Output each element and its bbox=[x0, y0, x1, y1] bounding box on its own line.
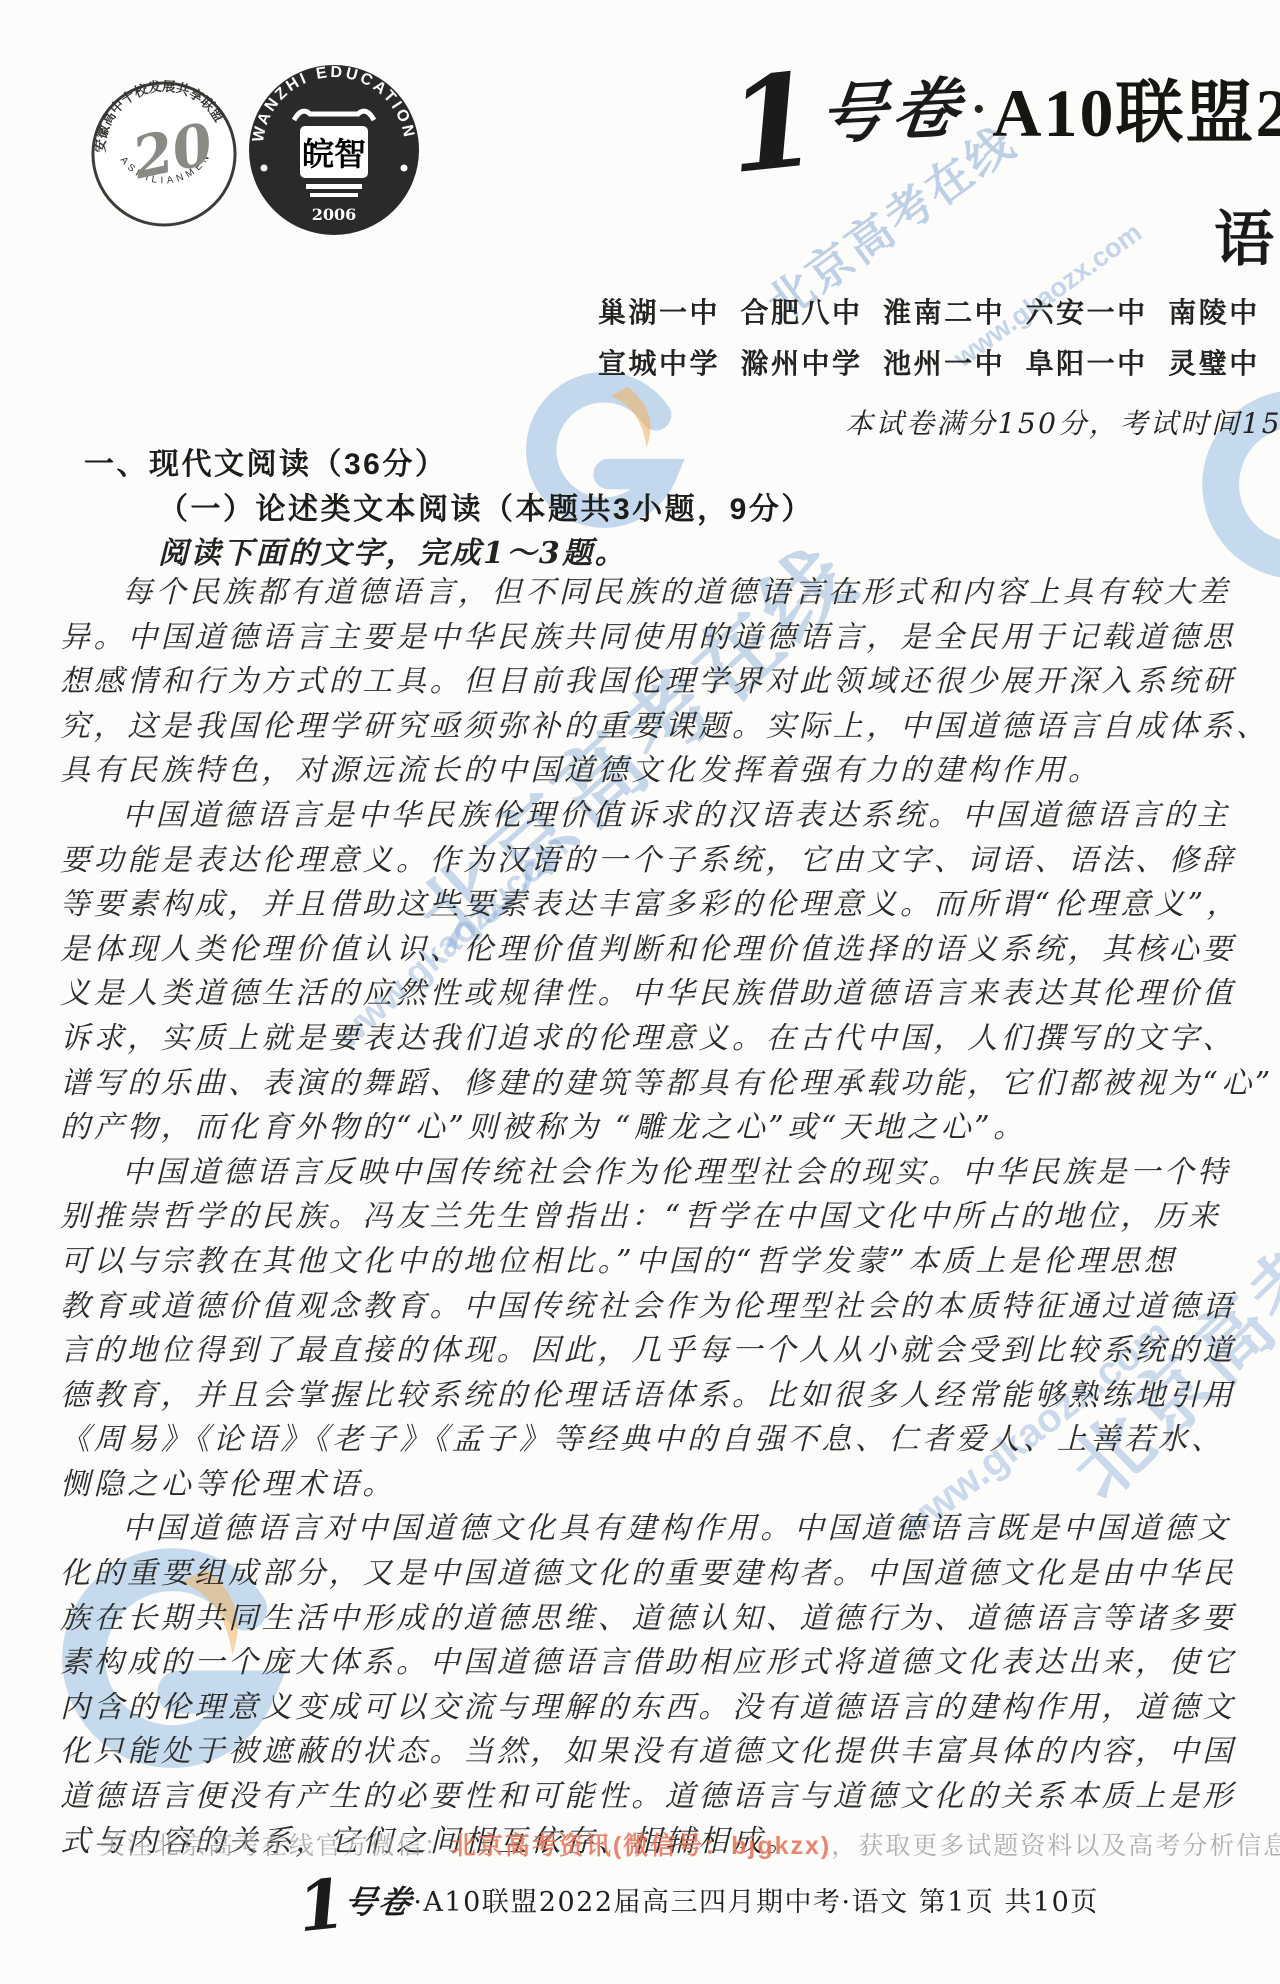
passage-line: 教育或道德价值观念教育。中国传统社会作为伦理型社会的本质特征通过道德语 bbox=[60, 1285, 1280, 1330]
schools-line-1: 巢湖一中 合肥八中 淮南二中 六安一中 南陵中 bbox=[598, 291, 1260, 331]
passage-line: 谱写的乐曲、表演的舞蹈、修建的建筑等都具有伦理承载功能，它们都被视为“心” bbox=[60, 1062, 1280, 1107]
passage-line: 内含的伦理意义变成可以交流与理解的东西。没有道德语言的建构作用，道德文 bbox=[60, 1686, 1280, 1731]
wanzhi-center-label: 皖智 bbox=[302, 135, 366, 173]
brush-numeral-1: 1 bbox=[722, 56, 824, 193]
passage-line: 德教育，并且会掌握比较系统的伦理话语体系。比如很多人经常能够熟练地引用 bbox=[60, 1374, 1280, 1419]
passage-line: 化只能处于被遮蔽的状态。当然，如果没有道德文化提供丰富具体的内容，中国 bbox=[60, 1730, 1280, 1775]
footer-brush-numeral-1: 1 bbox=[295, 1870, 349, 1943]
passage-line: 恻隐之心等伦理术语。 bbox=[60, 1463, 1280, 1508]
passage-line: 义是人类道德生活的应然性或规律性。中华民族借助道德语言来表达其伦理价值 bbox=[60, 972, 1280, 1017]
passage-line: 素构成的一个庞大体系。中国道德语言借助相应形式将道德文化表达出来，使它 bbox=[60, 1641, 1280, 1686]
passage-line: 每个民族都有道德语言，但不同民族的道德语言在形式和内容上具有较大差 bbox=[60, 571, 1280, 616]
wanzhi-logo: WANZHI EDUCATION 皖智 2006 bbox=[248, 64, 420, 236]
passage-line: 等要素构成，并且借助这些要素表达丰富多彩的伦理意义。而所谓“伦理意义”， bbox=[60, 883, 1280, 928]
wanzhi-year-label: 2006 bbox=[312, 205, 357, 224]
passage-line: 诉求，实质上就是要表达我们追求的伦理意义。在古代中国，人们撰写的文字、 bbox=[60, 1017, 1280, 1062]
subject-label: 语文 bbox=[1214, 192, 1280, 278]
passage-line: 的产物，而化育外物的“心”则被称为 “雕龙之心”或“天地之心”。 bbox=[60, 1106, 1280, 1151]
page-footer: 1号卷·A10联盟2022届高三四月期中考·语文 第1页 共10页 bbox=[298, 1872, 1099, 1940]
section-heading-1: 一、现代文阅读（36分） bbox=[84, 439, 447, 483]
title-separator-dot: · bbox=[971, 84, 986, 135]
exam-paper-page: 北京高考在线 www.gkaozx.com 北京高考在线 www.gkaozx.… bbox=[0, 0, 1280, 1984]
passage-line: 可以与宗教在其他文化中的地位相比。”中国的“哲学发蒙”本质上是伦理思想 bbox=[60, 1240, 1280, 1285]
passage-line: 想感情和行为方式的工具。但目前我国伦理学界对此领域还很少展开深入系统研 bbox=[60, 660, 1280, 705]
passage-line: 要功能是表达伦理意义。作为汉语的一个子系统，它由文字、词语、语法、修辞 bbox=[60, 839, 1280, 884]
title-script-haojuan: 号卷 bbox=[815, 54, 972, 156]
promo-gray-after: ，获取更多试题资料以及高考分析信息。 bbox=[831, 1832, 1280, 1860]
section-heading-2: （一）论述类文本阅读（本题共3小题，9分） bbox=[158, 484, 814, 528]
promo-gray-before: 关注北京高考在线官方微信： bbox=[100, 1832, 451, 1860]
league-logo: 安徽高中十校发展共享联盟 ASHILIANMENG 20 bbox=[90, 80, 238, 228]
section-instruction: 阅读下面的文字，完成1～3题。 bbox=[158, 528, 627, 572]
promo-orange-wechat: 北京高考资讯(微信号：bjgkzx) bbox=[451, 1832, 831, 1860]
reading-passage: 每个民族都有道德语言，但不同民族的道德语言在形式和内容上具有较大差 异。中国道德… bbox=[60, 571, 1280, 1864]
footer-script-haojuan: 号卷 bbox=[341, 1877, 417, 1923]
exam-info-line: 本试卷满分150分，考试时间15 bbox=[845, 402, 1280, 442]
passage-line: 族在长期共同生活中形成的道德思维、道德认知、道德行为、道德语言等诸多要 bbox=[60, 1597, 1280, 1642]
passage-line: 中国道德语言是中华民族伦理价值诉求的汉语表达系统。中国道德语言的主 bbox=[60, 794, 1280, 839]
masthead-title: 1号卷·A10联盟202 bbox=[728, 58, 1280, 198]
passage-line: 别推崇哲学的民族。冯友兰先生曾指出：“哲学在中国文化中所占的地位，历来 bbox=[60, 1195, 1280, 1240]
passage-line: 中国道德语言对中国道德文化具有建构作用。中国道德语言既是中国道德文 bbox=[60, 1507, 1280, 1552]
passage-line: 是体现人类伦理价值认识、伦理价值判断和伦理价值选择的语义系统，其核心要 bbox=[60, 928, 1280, 973]
footer-page-info: ·A10联盟2022届高三四月期中考·语文 第1页 共10页 bbox=[413, 1887, 1098, 1918]
passage-line: 言的地位得到了最直接的体现。因此，几乎每一个人从小就会受到比较系统的道 bbox=[60, 1329, 1280, 1374]
title-main-text: A10联盟202 bbox=[992, 75, 1280, 151]
passage-line: 具有民族特色，对源远流长的中国道德文化发挥着强有力的建构作用。 bbox=[60, 749, 1280, 794]
passage-line: 化的重要组成部分，又是中国道德文化的重要建构者。中国道德文化是由中华民 bbox=[60, 1552, 1280, 1597]
passage-line: 异。中国道德语言主要是中华民族共同使用的道德语言，是全民用于记载道德思 bbox=[60, 616, 1280, 661]
passage-line: 究，这是我国伦理学研究亟须弥补的重要课题。实际上，中国道德语言自成体系、 bbox=[60, 705, 1280, 750]
passage-line: 中国道德语言反映中国传统社会作为伦理型社会的现实。中华民族是一个特 bbox=[60, 1151, 1280, 1196]
passage-line: 《周易》《论语》《老子》《孟子》等经典中的自强不息、仁者爱人、上善若水、 bbox=[60, 1418, 1280, 1463]
schools-line-2: 宣城中学 滁州中学 池州一中 阜阳一中 灵璧中 bbox=[598, 342, 1260, 382]
